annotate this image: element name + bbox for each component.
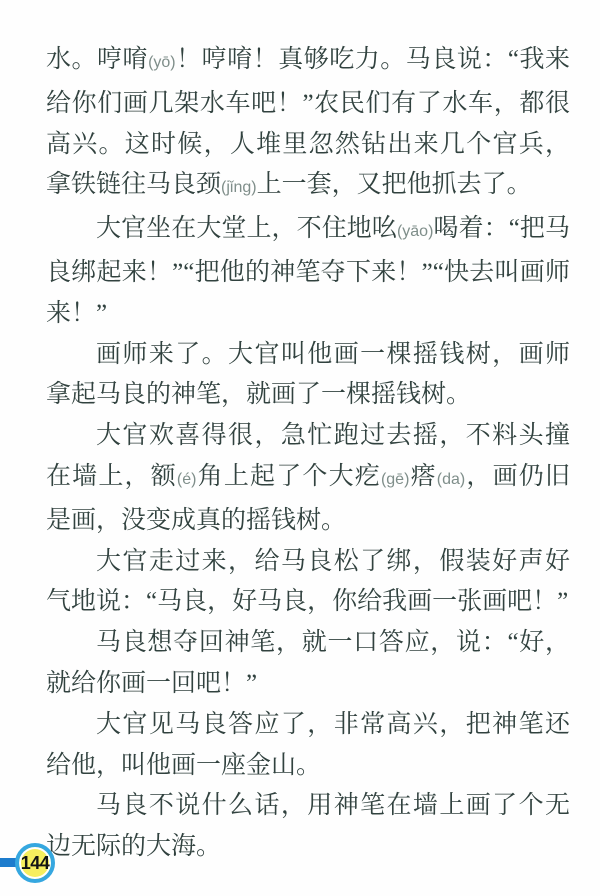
body-text-run: 大官见马良答应了，非常高兴，把神笔还给他，叫他画一座金山。 — [46, 711, 570, 779]
pinyin-annotation: (da) — [437, 471, 465, 488]
body-text-run: 大官走过来，给马良松了绑，假装好声好气地说：“马良，好马良，你给我画一张画吧！” — [46, 548, 570, 616]
paragraph-5: 大官走过来，给马良松了绑，假装好声好气地说：“马良，好马良，你给我画一张画吧！” — [46, 542, 570, 624]
body-text-run: 上一套，又把他抓去了。 — [257, 171, 532, 198]
body-text-run: 马良不说什么话，用神笔在墙上画了个无边无际的大海。 — [46, 792, 570, 860]
story-text: 水。哼唷(yō)！哼唷！真够吃力。马良说：“我来给你们画几架水车吧！”农民们有了… — [46, 40, 570, 868]
paragraph-7: 大官见马良答应了，非常高兴，把神笔还给他，叫他画一座金山。 — [46, 705, 570, 787]
pinyin-annotation: (jǐng) — [221, 179, 257, 196]
paragraph-2: 大官坐在大堂上，不住地吆(yāo)喝着：“把马良绑起来！”“把他的神笔夺下来！”… — [46, 209, 570, 334]
pinyin-annotation: (é) — [177, 471, 197, 488]
paragraph-6: 马良想夺回神笔，就一口答应，说：“好，就给你画一回吧！” — [46, 623, 570, 705]
pinyin-annotation: (gē) — [381, 471, 409, 488]
body-text-run: 画师来了。大官叫他画一棵摇钱树，画师拿起马良的神笔，就画了一棵摇钱树。 — [46, 341, 570, 409]
body-text-run: 瘩 — [409, 463, 436, 490]
body-text-run: 大官坐在大堂上，不住地吆 — [96, 215, 397, 242]
paragraph-3: 画师来了。大官叫他画一棵摇钱树，画师拿起马良的神笔，就画了一棵摇钱树。 — [46, 335, 570, 417]
body-text-run: 角上起了个大疙 — [196, 463, 380, 490]
paragraph-1: 水。哼唷(yō)！哼唷！真够吃力。马良说：“我来给你们画几架水车吧！”农民们有了… — [46, 40, 570, 209]
pinyin-annotation: (yāo) — [397, 223, 433, 240]
textbook-page: 水。哼唷(yō)！哼唷！真够吃力。马良说：“我来给你们画几架水车吧！”农民们有了… — [0, 0, 600, 896]
paragraph-4: 大官欢喜得很，急忙跑过去摇，不料头撞在墙上，额(é)角上起了个大疙(gē)瘩(d… — [46, 416, 570, 541]
page-footer: 144 — [0, 840, 100, 896]
page-number-badge: 144 — [15, 843, 55, 883]
body-text-run: 马良想夺回神笔，就一口答应，说：“好，就给你画一回吧！” — [46, 629, 570, 697]
body-text-run: 水。哼唷 — [46, 46, 148, 73]
pinyin-annotation: (yō) — [148, 54, 176, 71]
page-number: 144 — [21, 853, 50, 874]
paragraph-8: 马良不说什么话，用神笔在墙上画了个无边无际的大海。 — [46, 786, 570, 868]
